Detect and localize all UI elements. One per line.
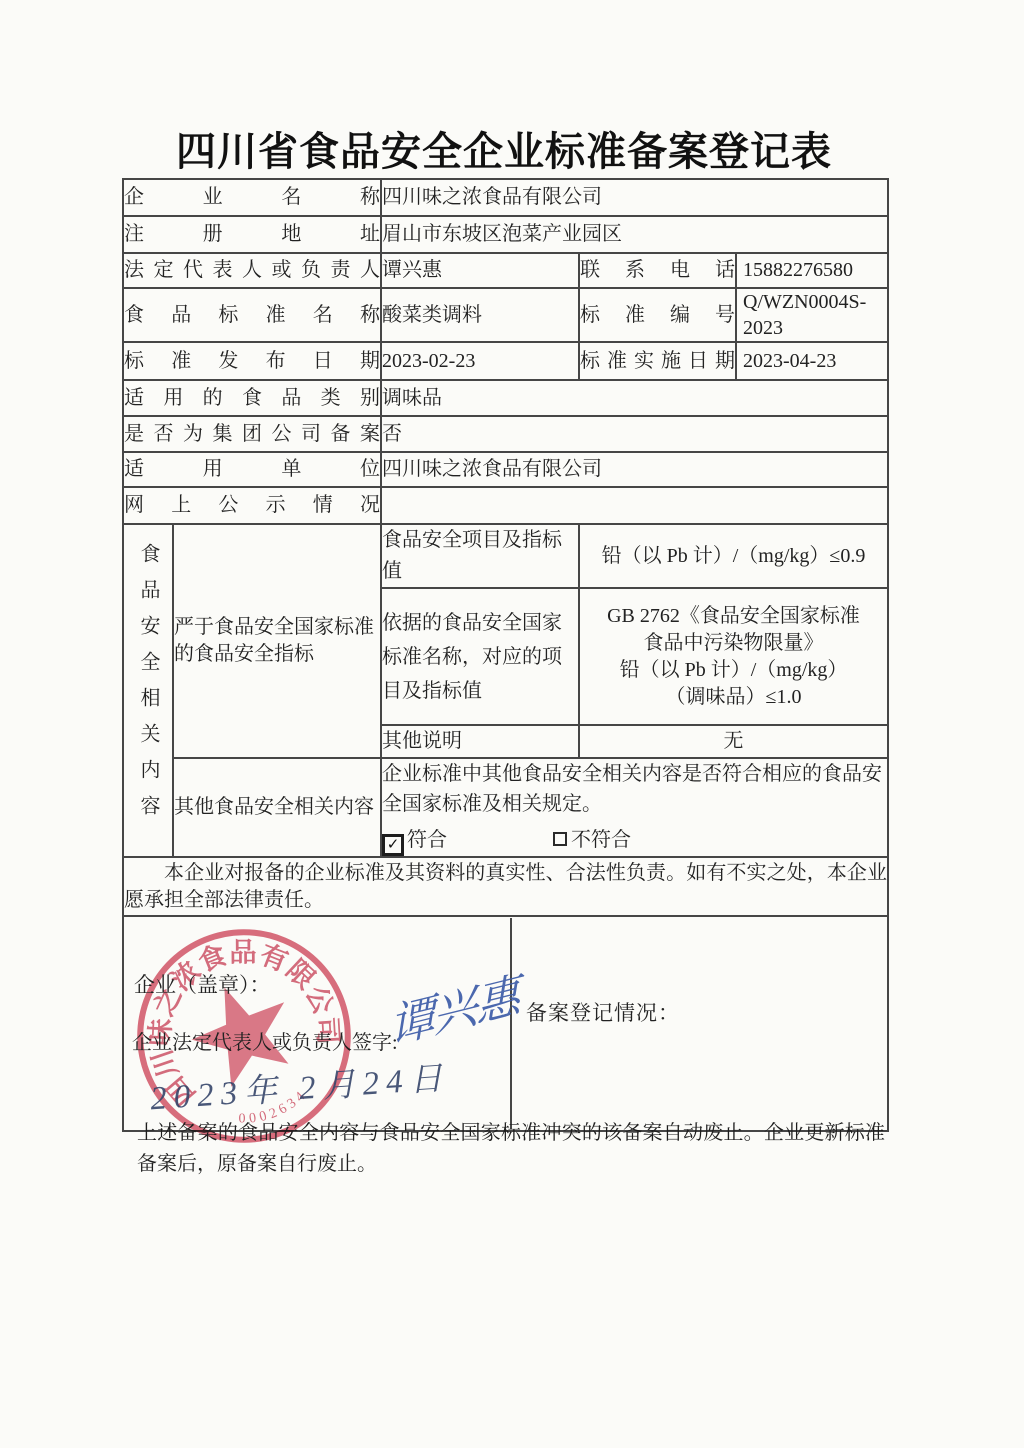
row-registered-address: 注册地址 眉山市东坡区泡菜产业园区 <box>123 216 888 253</box>
row-group-filing: 是否为集团公司备案 否 <box>123 416 888 452</box>
legal-representative-value: 谭兴惠 <box>381 253 579 288</box>
handwritten-date: 2023年 2月24日 <box>149 1066 450 1114</box>
row-signature: 四川味之浓食品有限公司 0002634 企业（盖章）： 企业法定代表人或负责人签… <box>123 916 888 1131</box>
row-online-publicity: 网上公示情况 <box>123 487 888 524</box>
standard-name-label: 食品标准名称 <box>123 288 381 342</box>
publish-date-value: 2023-02-23 <box>381 342 579 380</box>
option-compliant-label: 符合 <box>407 829 447 851</box>
company-name-label: 企业名称 <box>123 179 381 216</box>
compliance-statement: 企业标准中其他食品安全相关内容是否符合相应的食品安全国家标准及相关规定。 <box>382 759 887 819</box>
other-note-value: 无 <box>579 725 888 758</box>
registration-status-zone: 备案登记情况： <box>512 918 887 1129</box>
signature-area-wrap: 四川味之浓食品有限公司 0002634 企业（盖章）： 企业法定代表人或负责人签… <box>124 918 887 1129</box>
safety-item-value: 铅（以 Pb 计）/（mg/kg）≤0.9 <box>579 524 888 588</box>
declaration-text: 本企业对报备的企业标准及其资料的真实性、合法性负责。如有不实之处，本企业愿承担全… <box>123 857 888 916</box>
safety-item-label: 食品安全项目及指标值 <box>381 524 579 588</box>
group-filing-value: 否 <box>381 416 888 452</box>
group-filing-label: 是否为集团公司备案 <box>123 416 381 452</box>
row-legal-representative: 法定代表人或负责人 谭兴惠 联系电话 15882276580 <box>123 253 888 288</box>
registration-status-label: 备案登记情况： <box>526 1000 680 1027</box>
row-declaration: 本企业对报备的企业标准及其资料的真实性、合法性负责。如有不实之处，本企业愿承担全… <box>123 857 888 916</box>
handwritten-signature: 谭兴惠 <box>389 982 519 1041</box>
compliance-options: ✓符合 不符合 <box>382 825 887 856</box>
legal-representative-label: 法定代表人或负责人 <box>123 253 381 288</box>
food-category-value: 调味品 <box>381 380 888 416</box>
footer-note: 上述备案的食品安全内容与食品安全国家标准冲突的该备案自动废止。企业更新标准备案后… <box>137 1118 885 1180</box>
contact-phone-label: 联系电话 <box>579 253 736 288</box>
standard-number-value: Q/WZN0004S-2023 <box>736 288 888 342</box>
company-signature-zone: 四川味之浓食品有限公司 0002634 企业（盖章）： 企业法定代表人或负责人签… <box>124 918 512 1129</box>
food-safety-section-side-label: 食品安全相关内容 <box>123 524 173 857</box>
row-dates: 标准发布日期 2023-02-23 标准实施日期 2023-04-23 <box>123 342 888 380</box>
row-safety-item-indicator: 食品安全相关内容 严于食品安全国家标准的食品安全指标 食品安全项目及指标值 铅（… <box>123 524 888 588</box>
online-publicity-value <box>381 487 888 524</box>
registered-address-label: 注册地址 <box>123 216 381 253</box>
other-note-label: 其他说明 <box>381 725 579 758</box>
company-stamp-label: 企业（盖章）： <box>134 972 271 999</box>
food-safety-vertical-text: 食品安全相关内容 <box>137 543 159 831</box>
company-name-value: 四川味之浓食品有限公司 <box>381 179 888 216</box>
page-title: 四川省食品安全企业标准备案登记表 <box>0 120 1008 177</box>
basis-standard-value: GB 2762《食品安全国家标准 食品中污染物限量》 铅（以 Pb 计）/（mg… <box>579 588 888 725</box>
standard-number-label: 标准编号 <box>579 288 736 342</box>
applicable-unit-label: 适用单位 <box>123 452 381 487</box>
row-company-name: 企业名称 四川味之浓食品有限公司 <box>123 179 888 216</box>
row-food-category: 适用的食品类别 调味品 <box>123 380 888 416</box>
registration-form-table: 企业名称 四川味之浓食品有限公司 注册地址 眉山市东坡区泡菜产业园区 法定代表人… <box>122 178 889 1132</box>
checked-checkbox-icon: ✓ <box>382 834 404 856</box>
applicable-unit-value: 四川味之浓食品有限公司 <box>381 452 888 487</box>
row-other-safety-content: 其他食品安全相关内容 企业标准中其他食品安全相关内容是否符合相应的食品安全国家标… <box>123 758 888 857</box>
publish-date-label: 标准发布日期 <box>123 342 381 380</box>
legal-rep-signature-label: 企业法定代表人或负责人签字: <box>132 1030 398 1057</box>
implement-date-value: 2023-04-23 <box>736 342 888 380</box>
registered-address-value: 眉山市东坡区泡菜产业园区 <box>381 216 888 253</box>
row-applicable-unit: 适用单位 四川味之浓食品有限公司 <box>123 452 888 487</box>
implement-date-label: 标准实施日期 <box>579 342 736 380</box>
unchecked-checkbox-icon <box>553 832 567 846</box>
scanned-registration-form-page: 四川省食品安全企业标准备案登记表 企业名称 四川味之浓食品有限公司 注册地址 眉… <box>0 0 1024 1448</box>
food-category-label: 适用的食品类别 <box>123 380 381 416</box>
row-standard-name: 食品标准名称 酸菜类调料 标准编号 Q/WZN0004S-2023 <box>123 288 888 342</box>
signature-area: 四川味之浓食品有限公司 0002634 企业（盖章）： 企业法定代表人或负责人签… <box>123 916 888 1131</box>
option-noncompliant-label: 不符合 <box>571 829 631 851</box>
contact-phone-value: 15882276580 <box>736 253 888 288</box>
other-safety-content-value: 企业标准中其他食品安全相关内容是否符合相应的食品安全国家标准及相关规定。 ✓符合… <box>381 758 888 857</box>
online-publicity-label: 网上公示情况 <box>123 487 381 524</box>
standard-name-value: 酸菜类调料 <box>381 288 579 342</box>
stricter-indicator-label: 严于食品安全国家标准的食品安全指标 <box>173 524 381 758</box>
basis-standard-label: 依据的食品安全国家标准名称，对应的项目及指标值 <box>381 588 579 725</box>
other-safety-content-label: 其他食品安全相关内容 <box>173 758 381 857</box>
